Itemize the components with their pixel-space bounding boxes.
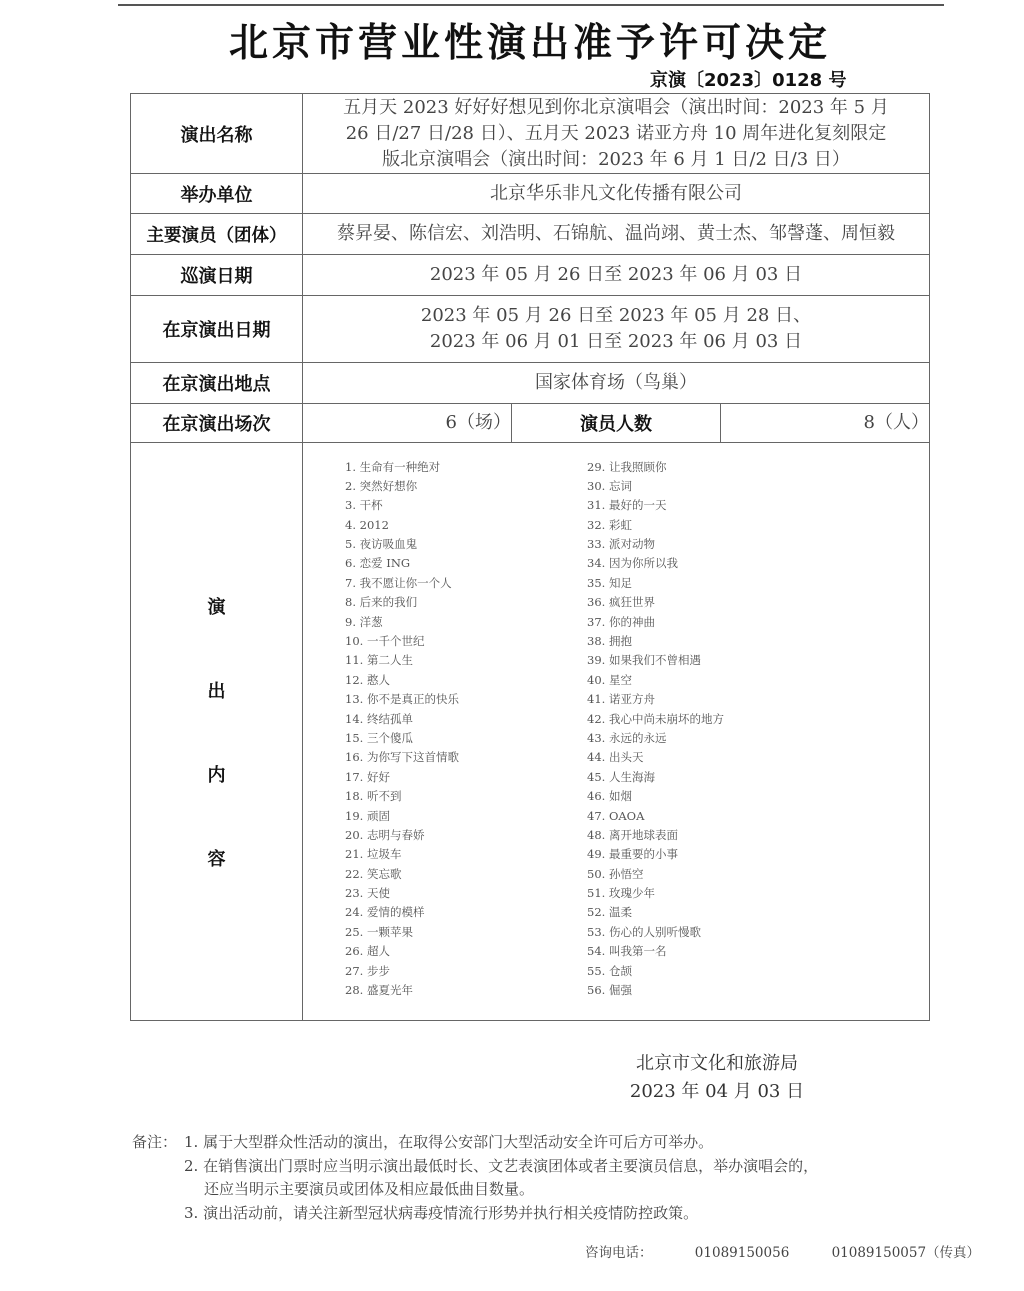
- song-item: 41. 诺亚方舟: [587, 690, 724, 709]
- song-item: 23. 天使: [345, 884, 459, 903]
- value-main-performers: 蔡昇晏、陈信宏、刘浩明、石锦航、温尚翊、黄士杰、邹謦蓬、周恒毅: [303, 214, 930, 255]
- issue-date: 2023 年 04 月 03 日: [582, 1078, 852, 1106]
- label-performer-count: 演员人数: [512, 404, 721, 443]
- beijing-dates-line: 2023 年 05 月 26 日至 2023 年 05 月 28 日、: [303, 303, 929, 329]
- song-item: 14. 终结孤单: [345, 710, 459, 729]
- value-beijing-dates: 2023 年 05 月 26 日至 2023 年 05 月 28 日、 2023…: [303, 296, 930, 363]
- song-item: 35. 知足: [587, 574, 724, 593]
- song-item: 28. 盛夏光年: [345, 981, 459, 1000]
- song-item: 2. 突然好想你: [345, 477, 459, 496]
- song-item: 18. 听不到: [345, 787, 459, 806]
- document-title: 北京市营业性演出准予许可决定: [0, 12, 1024, 68]
- row-show-name: 演出名称 五月天 2023 好好好想见到你北京演唱会（演出时间：2023 年 5…: [131, 94, 930, 174]
- label-beijing-shows: 在京演出场次: [131, 404, 303, 443]
- song-item: 22. 笑忘歌: [345, 865, 459, 884]
- row-organizer: 举办单位 北京华乐非凡文化传播有限公司: [131, 174, 930, 214]
- song-item: 36. 疯狂世界: [587, 593, 724, 612]
- notes-section: 备注： 1. 属于大型群众性活动的演出，在取得公安部门大型活动安全许可后方可举办…: [132, 1131, 818, 1225]
- row-main-performers: 主要演员（团体） 蔡昇晏、陈信宏、刘浩明、石锦航、温尚翊、黄士杰、邹謦蓬、周恒毅: [131, 214, 930, 255]
- beijing-dates-line: 2023 年 06 月 01 日至 2023 年 06 月 03 日: [303, 329, 929, 355]
- top-rule: [118, 4, 944, 6]
- value-show-name: 五月天 2023 好好好想见到你北京演唱会（演出时间：2023 年 5 月 26…: [303, 94, 930, 174]
- contact-info: 咨询电话： 01089150056 01089150057（传真）: [585, 1241, 1018, 1261]
- song-item: 56. 倔强: [587, 981, 724, 1000]
- song-item: 3. 干杯: [345, 496, 459, 515]
- contact-fax: 01089150057（传真）: [832, 1245, 980, 1261]
- song-item: 6. 恋爱 ING: [345, 554, 459, 573]
- label-main-performers: 主要演员（团体）: [131, 214, 303, 255]
- content-label-char: 演: [208, 593, 226, 619]
- note-item-continued: 还应当明示主要演员或团体及相应最低曲目数量。: [132, 1178, 818, 1202]
- song-item: 38. 拥抱: [587, 632, 724, 651]
- song-item: 24. 爱情的模样: [345, 903, 459, 922]
- row-beijing-venue: 在京演出地点 国家体育场（鸟巢）: [131, 363, 930, 404]
- song-item: 11. 第二人生: [345, 651, 459, 670]
- label-tour-dates: 巡演日期: [131, 255, 303, 296]
- song-item: 51. 玫瑰少年: [587, 884, 724, 903]
- value-tour-dates: 2023 年 05 月 26 日至 2023 年 06 月 03 日: [303, 255, 930, 296]
- content-label-char: 内: [208, 761, 226, 787]
- song-item: 1. 生命有一种绝对: [345, 458, 459, 477]
- row-beijing-dates: 在京演出日期 2023 年 05 月 26 日至 2023 年 05 月 28 …: [131, 296, 930, 363]
- song-item: 54. 叫我第一名: [587, 942, 724, 961]
- label-beijing-venue: 在京演出地点: [131, 363, 303, 404]
- song-item: 49. 最重要的小事: [587, 845, 724, 864]
- show-name-line: 五月天 2023 好好好想见到你北京演唱会（演出时间：2023 年 5 月: [303, 95, 929, 121]
- notes-heading: 备注：: [132, 1131, 184, 1155]
- song-item: 16. 为你写下这首情歌: [345, 748, 459, 767]
- song-item: 48. 离开地球表面: [587, 826, 724, 845]
- value-performer-count: 8（人）: [721, 404, 930, 443]
- row-tour-dates: 巡演日期 2023 年 05 月 26 日至 2023 年 06 月 03 日: [131, 255, 930, 296]
- value-organizer: 北京华乐非凡文化传播有限公司: [303, 174, 930, 214]
- song-item: 19. 顽固: [345, 807, 459, 826]
- row-content: 演 出 内 容 1. 生命有一种绝对2. 突然好想你3. 干杯4. 20125.…: [131, 443, 930, 1021]
- song-item: 50. 孙悟空: [587, 865, 724, 884]
- song-item: 34. 因为你所以我: [587, 554, 724, 573]
- song-item: 31. 最好的一天: [587, 496, 724, 515]
- note-item: 2. 在销售演出门票时应当明示演出最低时长、文艺表演团体或者主要演员信息，举办演…: [132, 1155, 818, 1179]
- value-beijing-shows: 6（场）: [303, 404, 512, 443]
- row-shows-and-performers: 在京演出场次 6（场） 演员人数 8（人）: [131, 404, 930, 443]
- song-list-column-2: 29. 让我照顾你30. 忘词31. 最好的一天32. 彩虹33. 派对动物34…: [587, 458, 724, 1001]
- song-item: 26. 超人: [345, 942, 459, 961]
- note-item: 1. 属于大型群众性活动的演出，在取得公安部门大型活动安全许可后方可举办。: [184, 1131, 713, 1155]
- song-item: 15. 三个傻瓜: [345, 729, 459, 748]
- song-item: 53. 伤心的人别听慢歌: [587, 923, 724, 942]
- song-item: 42. 我心中尚未崩坏的地方: [587, 710, 724, 729]
- contact-phone: 01089150056: [695, 1245, 789, 1261]
- song-item: 44. 出头天: [587, 748, 724, 767]
- song-item: 39. 如果我们不曾相遇: [587, 651, 724, 670]
- song-item: 32. 彩虹: [587, 516, 724, 535]
- value-beijing-venue: 国家体育场（鸟巢）: [303, 363, 930, 404]
- song-item: 12. 憨人: [345, 671, 459, 690]
- song-item: 27. 步步: [345, 962, 459, 981]
- song-item: 17. 好好: [345, 768, 459, 787]
- permit-table: 演出名称 五月天 2023 好好好想见到你北京演唱会（演出时间：2023 年 5…: [130, 93, 930, 1021]
- song-item: 9. 洋葱: [345, 613, 459, 632]
- song-item: 21. 垃圾车: [345, 845, 459, 864]
- label-beijing-dates: 在京演出日期: [131, 296, 303, 363]
- show-name-line: 版北京演唱会（演出时间：2023 年 6 月 1 日/2 日/3 日）: [303, 147, 929, 173]
- song-item: 7. 我不愿让你一个人: [345, 574, 459, 593]
- song-item: 55. 仓颉: [587, 962, 724, 981]
- song-item: 45. 人生海海: [587, 768, 724, 787]
- issuing-authority: 北京市文化和旅游局: [582, 1050, 852, 1078]
- label-content: 演 出 内 容: [131, 443, 303, 1021]
- label-organizer: 举办单位: [131, 174, 303, 214]
- song-item: 40. 星空: [587, 671, 724, 690]
- song-item: 29. 让我照顾你: [587, 458, 724, 477]
- song-item: 52. 温柔: [587, 903, 724, 922]
- song-item: 30. 忘词: [587, 477, 724, 496]
- song-item: 5. 夜访吸血鬼: [345, 535, 459, 554]
- song-item: 25. 一颗苹果: [345, 923, 459, 942]
- song-item: 4. 2012: [345, 516, 459, 535]
- song-item: 8. 后来的我们: [345, 593, 459, 612]
- contact-label: 咨询电话：: [585, 1245, 653, 1261]
- content-label-char: 容: [208, 845, 226, 871]
- song-item: 47. OAOA: [587, 807, 724, 826]
- song-list-column-1: 1. 生命有一种绝对2. 突然好想你3. 干杯4. 20125. 夜访吸血鬼6.…: [345, 458, 459, 1001]
- song-item: 13. 你不是真正的快乐: [345, 690, 459, 709]
- song-list: 1. 生命有一种绝对2. 突然好想你3. 干杯4. 20125. 夜访吸血鬼6.…: [303, 443, 930, 1021]
- song-item: 43. 永远的永远: [587, 729, 724, 748]
- song-item: 10. 一千个世纪: [345, 632, 459, 651]
- signature-block: 北京市文化和旅游局 2023 年 04 月 03 日: [582, 1050, 852, 1106]
- song-item: 37. 你的神曲: [587, 613, 724, 632]
- song-item: 46. 如烟: [587, 787, 724, 806]
- song-item: 20. 志明与春娇: [345, 826, 459, 845]
- document-number: 京演〔2023〕0128 号: [650, 66, 846, 92]
- note-item: 3. 演出活动前，请关注新型冠状病毒疫情流行形势并执行相关疫情防控政策。: [132, 1202, 818, 1226]
- show-name-line: 26 日/27 日/28 日）、五月天 2023 诺亚方舟 10 周年进化复刻限…: [303, 121, 929, 147]
- song-item: 33. 派对动物: [587, 535, 724, 554]
- label-show-name: 演出名称: [131, 94, 303, 174]
- content-label-char: 出: [208, 677, 226, 703]
